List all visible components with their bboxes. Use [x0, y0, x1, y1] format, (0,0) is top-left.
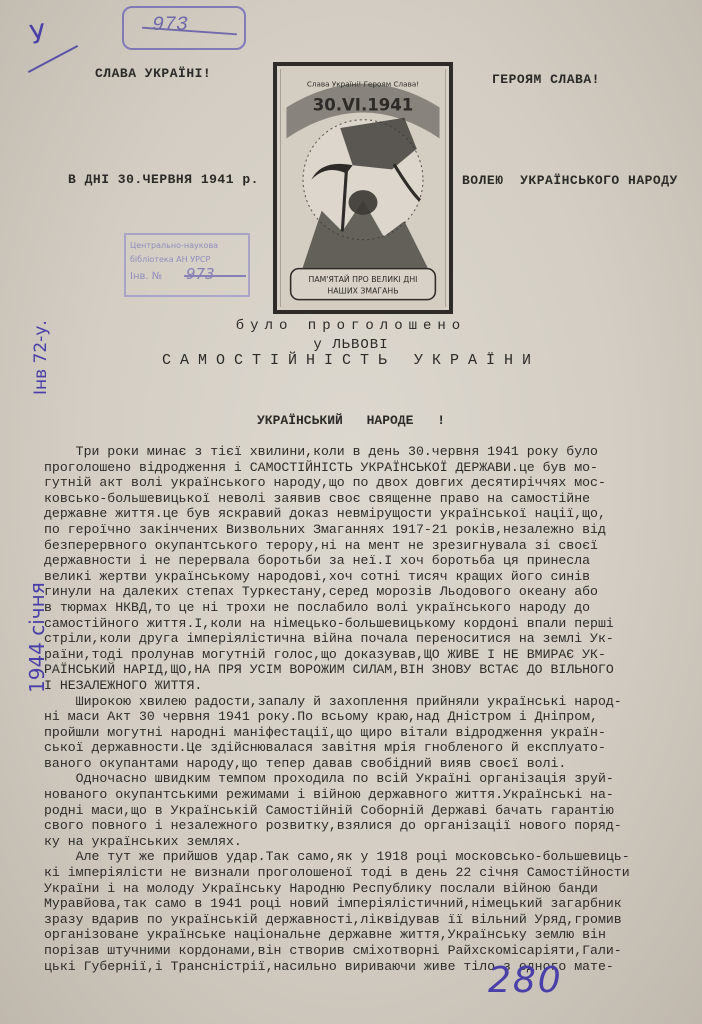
- slogan-left: СЛАВА УКРАЇНІ!: [95, 66, 211, 81]
- body-line: Муравйова,так само в 1941 році новий імп…: [44, 896, 684, 912]
- archive-number-stamp: 973: [122, 6, 246, 50]
- body-line: великі жертви українському народові,хоч …: [44, 569, 684, 585]
- body-line: державности і не перервала боротьби за н…: [44, 553, 684, 569]
- emblem-illustration-icon: Слава Україні! Героям Слава! 30.VI.1941 …: [277, 66, 449, 310]
- body-line: ковсько-большевицької неволі заявив своє…: [44, 491, 684, 507]
- body-line: ської державности.Це здійснювалася завіт…: [44, 740, 684, 756]
- archive-number: 973: [152, 14, 188, 37]
- body-line: пройшли могутні народні маніфестації,що …: [44, 725, 684, 741]
- body-line: порізав штучними кордонами,він створив с…: [44, 943, 684, 959]
- body-line: ні маси Акт 30 червня 1941 року.По всьом…: [44, 709, 684, 725]
- page-number: 280: [488, 960, 563, 1001]
- proclamation-line-1: було проголошено: [0, 318, 702, 334]
- body-line: гинули на далеких степах Туркестану,сере…: [44, 584, 684, 600]
- body-line: самостійного життя.І,коли на німецько-бо…: [44, 616, 684, 632]
- body-line: по героїчно закінчених Визвольних Змаган…: [44, 522, 684, 538]
- woodcut-emblem: Слава Україні! Героям Слава! 30.VI.1941 …: [273, 62, 453, 314]
- body-line: Але тут же прийшов удар.Так само,як у 19…: [44, 849, 684, 865]
- svg-text:ПАМ'ЯТАЙ ПРО ВЕЛИКІ ДНІ: ПАМ'ЯТАЙ ПРО ВЕЛИКІ ДНІ: [309, 275, 418, 284]
- body-line: І НЕЗАЛЕЖНОГО ЖИТТЯ.: [44, 678, 684, 694]
- body-line: організоване українське національне держ…: [44, 927, 684, 943]
- strikethrough-line: [184, 275, 246, 277]
- svg-text:НАШИХ ЗМАГАНЬ: НАШИХ ЗМАГАНЬ: [327, 286, 398, 295]
- svg-text:Слава Україні! Героям Слава!: Слава Україні! Героям Слава!: [307, 80, 419, 89]
- body-line: ку на українських землях.: [44, 834, 684, 850]
- margin-note-inventory: Інв 72-у.: [31, 285, 51, 395]
- body-line: гутній акт волі українського народу,що п…: [44, 475, 684, 491]
- body-line: РАЇНСЬКИЙ НАРІД,ЩО,НА ПРЯ УСІМ ВОРОЖИМ С…: [44, 662, 684, 678]
- stamp-line-3: Інв. №: [130, 271, 162, 282]
- body-text: Три роки минає з тієї хвилини,коли в ден…: [44, 444, 684, 974]
- body-line: цькі Губернії,і Трансністрії,насильно ви…: [44, 959, 684, 975]
- body-line: проголошено відродження і САМОСТІЙНІСТЬ …: [44, 460, 684, 476]
- slogan-right: ГЕРОЯМ СЛАВА!: [492, 72, 600, 87]
- stamp-inventory-number: 973: [186, 265, 215, 283]
- svg-text:30.VI.1941: 30.VI.1941: [313, 95, 414, 114]
- body-line: безперервного окупантського терору,ні на…: [44, 538, 684, 554]
- body-line: Одночасно швидким темпом проходила по вс…: [44, 771, 684, 787]
- body-line: зразу вдарив по українській державності,…: [44, 912, 684, 928]
- body-line: раїни,тоді пролунав могутній голос,що до…: [44, 647, 684, 663]
- will-line: ВОЛЕЮ УКРАЇНСЬКОГО НАРОДУ: [462, 173, 678, 188]
- body-line: ваного окупантами народу,що тепер давав …: [44, 756, 684, 772]
- body-line: свого повного і незалежного розвитку,взя…: [44, 818, 684, 834]
- body-line: кі імперіялісти не визнали проголошеної …: [44, 865, 684, 881]
- body-line: державне життя.це був яскравий доказ нев…: [44, 506, 684, 522]
- address-heading: УКРАЇНСЬКИЙ НАРОДЕ !: [0, 413, 702, 428]
- margin-note-date: 1944 січня: [25, 583, 49, 693]
- body-line: родні маси,що в Українській Самостійній …: [44, 803, 684, 819]
- library-inventory-stamp: Центрально-наукова бібліотека АН УРСР Ін…: [124, 233, 250, 297]
- proclamation-line-2: у ЛЬВОВІ: [0, 337, 702, 353]
- stamp-line-1: Центрально-наукова: [130, 241, 218, 250]
- body-line: нованого окупантськими режимами і війною…: [44, 787, 684, 803]
- handwritten-corner-mark: У: [28, 19, 48, 51]
- body-line: Широкою хвилею радости,запалу й захоплен…: [44, 694, 684, 710]
- body-line: України і на молоду Українську Народню Р…: [44, 881, 684, 897]
- proclamation-title: САМОСТІЙНІСТЬ УКРАЇНИ: [0, 352, 702, 369]
- document-page: 973 У СЛАВА УКРАЇНІ! ГЕРОЯМ СЛАВА! В ДНІ…: [0, 0, 702, 1024]
- body-line: Три роки минає з тієї хвилини,коли в ден…: [44, 444, 684, 460]
- date-line: В ДНІ 30.ЧЕРВНЯ 1941 р.: [68, 172, 259, 187]
- stamp-line-2: бібліотека АН УРСР: [130, 255, 210, 264]
- body-line: стріли,коли друга імперіялістична війна …: [44, 631, 684, 647]
- body-line: в тюрмах НКВД,то це ні трохи не послабил…: [44, 600, 684, 616]
